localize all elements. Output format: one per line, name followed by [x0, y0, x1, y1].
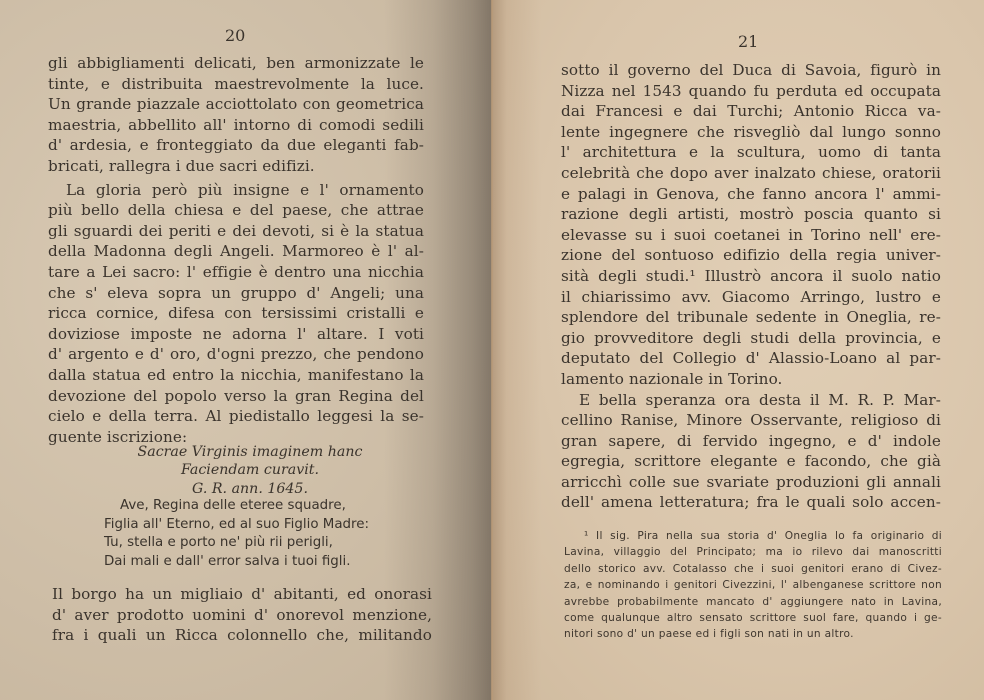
text-line: gran sapere, di fervido ingegno, e d' in… — [561, 431, 941, 452]
footnote-line: Lavina, villaggio del Principato; ma io … — [564, 544, 942, 560]
text-line: splendore del tribunale sedente in Onegl… — [561, 307, 941, 328]
text-line: zione del sontuoso edifizio della regia … — [561, 245, 941, 266]
footnote-line: za, e nominando i genitori Civezzini, l'… — [564, 577, 942, 593]
text-line: arricchì colle sue svariate produzioni g… — [561, 472, 941, 493]
page-number-left: 20 — [225, 26, 245, 45]
inscription-line: Sacrae Virginis imaginem hanc — [90, 443, 410, 461]
text-line: doviziose imposte ne adorna l' altare. I… — [48, 324, 424, 345]
text-line: cielo e della terra. Al piedistallo legg… — [48, 406, 424, 427]
footnote-line: nitori sono d' un paese ed i figli son n… — [564, 626, 942, 642]
text-line: il chiarissimo avv. Giacomo Arringo, lus… — [561, 287, 941, 308]
text-line: sità degli studi.¹ Illustrò ancora il su… — [561, 266, 941, 287]
text-line: bricati, rallegra i due sacri edifizi. — [48, 156, 424, 177]
latin-inscription: Sacrae Virginis imaginem hanc Faciendam … — [90, 443, 410, 498]
footnote-line: dello storico avv. Cotalasso che i suoi … — [564, 561, 942, 577]
text-line: tinte, e distribuita maestrevolmente la … — [48, 74, 424, 95]
text-line: gli sguardi dei periti e dei devoti, si … — [48, 221, 424, 242]
text-line: lamento nazionale in Torino. — [561, 369, 941, 390]
text-line: razione degli artisti, mostrò poscia qua… — [561, 204, 941, 225]
inscription-line: G. R. ann. 1645. — [90, 480, 410, 498]
book-spine — [491, 0, 493, 700]
text-line: devozione del popolo verso la gran Regin… — [48, 386, 424, 407]
text-line: più bello della chiesa e del paese, che … — [48, 200, 424, 221]
left-page-body: gli abbigliamenti delicati, ben armonizz… — [48, 53, 424, 447]
verse-line: Dai mali e dall' error salva i tuoi figl… — [104, 553, 404, 572]
text-line: l' architettura e la scultura, uomo di t… — [561, 142, 941, 163]
text-line: dalla statua ed entro la nicchia, manife… — [48, 365, 424, 386]
text-line: d' argento e d' oro, d'ogni prezzo, che … — [48, 344, 424, 365]
text-line: d' aver prodotto uomini d' onorevol menz… — [52, 605, 432, 626]
text-line: tare a Lei sacro: l' effigie è dentro un… — [48, 262, 424, 283]
text-line: gli abbigliamenti delicati, ben armonizz… — [48, 53, 424, 74]
footnote-line: come qualunque altro sensato scrittore s… — [564, 610, 942, 626]
right-page-body: sotto il governo del Duca di Savoia, fig… — [561, 60, 941, 513]
text-line: celebrità che dopo aver inalzato chiese,… — [561, 163, 941, 184]
text-line: gio provveditore degli studi della provi… — [561, 328, 941, 349]
text-line: Nizza nel 1543 quando fu perduta ed occu… — [561, 81, 941, 102]
verse-line: Tu, stella e porto ne' più rii perigli, — [104, 534, 404, 553]
verse-block: Ave, Regina delle eteree squadre, Figlia… — [104, 497, 404, 571]
verse-line: Ave, Regina delle eteree squadre, — [104, 497, 404, 516]
footnote: ¹ Il sig. Pira nella sua storia d' Onegl… — [564, 528, 942, 643]
footnote-line: avrebbe probabilmente mancato d' aggiung… — [564, 594, 942, 610]
text-line: ricca cornice, difesa con tersissimi cri… — [48, 303, 424, 324]
book-spread: 20 gli abbigliamenti delicati, ben armon… — [0, 0, 984, 700]
text-line: dell' amena letteratura; fra le quali so… — [561, 492, 941, 513]
text-line: sotto il governo del Duca di Savoia, fig… — [561, 60, 941, 81]
text-line: lente ingegnere che risvegliò dal lungo … — [561, 122, 941, 143]
text-line: dai Francesi e dai Turchi; Antonio Ricca… — [561, 101, 941, 122]
text-line: Il borgo ha un migliaio d' abitanti, ed … — [52, 584, 432, 605]
text-line: d' ardesia, e fronteggiato da due elegan… — [48, 135, 424, 156]
inscription-line: Faciendam curavit. — [90, 461, 410, 479]
text-line: E bella speranza ora desta il M. R. P. M… — [561, 390, 941, 411]
verse-line: Figlia all' Eterno, ed al suo Figlio Mad… — [104, 516, 404, 535]
text-line: La gloria però più insigne e l' ornament… — [48, 180, 424, 201]
footnote-line: ¹ Il sig. Pira nella sua storia d' Onegl… — [564, 528, 942, 544]
left-page-closing-paragraph: Il borgo ha un migliaio d' abitanti, ed … — [52, 584, 432, 646]
text-line: egregia, scrittore elegante e facondo, c… — [561, 451, 941, 472]
right-page: 21 sotto il governo del Duca di Savoia, … — [492, 0, 984, 700]
text-line: maestria, abbellito all' intorno di como… — [48, 115, 424, 136]
text-line: e palagi in Genova, che fanno ancora l' … — [561, 184, 941, 205]
text-line: deputato del Collegio d' Alassio-Loano a… — [561, 348, 941, 369]
text-line: fra i quali un Ricca colonnello che, mil… — [52, 625, 432, 646]
text-line: della Madonna degli Angeli. Marmoreo è l… — [48, 241, 424, 262]
text-line: elevasse su i suoi coetanei in Torino ne… — [561, 225, 941, 246]
left-page: 20 gli abbigliamenti delicati, ben armon… — [0, 0, 492, 700]
text-line: Un grande piazzale acciottolato con geom… — [48, 94, 424, 115]
text-line: cellino Ranise, Minore Osservante, relig… — [561, 410, 941, 431]
page-number-right: 21 — [738, 32, 758, 51]
text-line: che s' eleva sopra un gruppo d' Angeli; … — [48, 283, 424, 304]
